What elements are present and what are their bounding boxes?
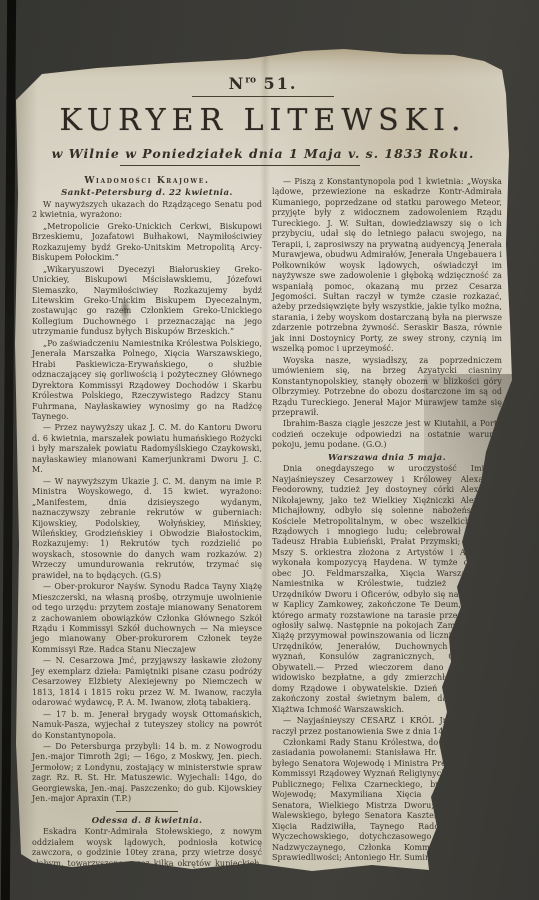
section-dateline: Sankt-Petersburg d. 22 kwietnia. [32, 188, 262, 198]
article-paragraph: Eskadra Kontr-Admirała Stołewskiego, z n… [32, 827, 262, 900]
issue-prefix: N [229, 74, 246, 93]
article-paragraph: — 17 b. m. Jenerał brygady woysk Ottomań… [32, 710, 262, 741]
article-paragraph: Członkami Rady Stanu Królestwa, do stałe… [272, 738, 502, 863]
article-columns: Wiadomości Krajowe.Sankt-Petersburg d. 2… [32, 176, 502, 900]
article-paragraph: — Piszą z Konstantynopola pod 1 kwietnia… [272, 177, 502, 355]
article-paragraph: „Metropolicie Greko-Unickich Cerkwi, Bis… [32, 222, 262, 264]
article-paragraph: — Ober-prokuror Nayśw. Synodu Radca Tayn… [32, 582, 262, 655]
article-paragraph: — Przez naywyższy ukaz J. C. M. do Kanto… [32, 423, 262, 475]
article-paragraph: Ibrahim-Basza ciągle jeszcze jest w Kiut… [272, 419, 502, 450]
article-paragraph: — Nayjaśnieyszy CESARZ i KRÓL Jmć mianow… [272, 716, 502, 737]
scan-edge-strip [1, 0, 16, 900]
article-paragraph: W naywyższych ukazach do Rządzącego Sena… [32, 200, 262, 221]
issue-number: Nro 51. [12, 74, 514, 93]
article-paragraph: Dnia onegdayszego w uroczystość Imienin … [272, 464, 502, 715]
masthead-rule-top [192, 96, 334, 97]
left-column: Wiadomości Krajowe.Sankt-Petersburg d. 2… [32, 176, 262, 900]
section-heading: Wiadomości Krajowe. [32, 176, 262, 186]
article-paragraph: Woyska nasze, wysiadłszy, za poprzednicz… [272, 356, 502, 419]
article-paragraph: „Wikaryuszowi Dyecezyi Białoruskiey Grek… [32, 265, 262, 338]
right-column: — Piszą z Konstantynopola pod 1 kwietnia… [272, 176, 502, 900]
issue-value: 51. [256, 74, 297, 93]
article-paragraph: — W naywyższym Ukazie J. C. M. danym na … [32, 477, 262, 582]
masthead-dateline: w Wilnie w Poniedziałek dnia 1 Maja v. s… [12, 146, 514, 161]
issue-superscript: ro [245, 76, 256, 86]
divider-rule [116, 811, 178, 812]
article-paragraph: — Do Petersburga przybyli: 14 b. m. z No… [32, 742, 262, 805]
page-content: Nro 51. KURYER LITEWSKI. w Wilnie w Poni… [12, 44, 514, 900]
article-paragraph: — N. Cesarzowa Jmć, przyjąwszy łaskawie … [32, 656, 262, 708]
section-dateline: Warszawa dnia 5 maja. [272, 453, 502, 463]
section-dateline: Odessa d. 8 kwietnia. [32, 816, 262, 826]
article-paragraph: „Po zaświadczeniu Namiestnika Królestwa … [32, 339, 262, 423]
newspaper-title: KURYER LITEWSKI. [12, 103, 514, 138]
masthead-rule-bottom [120, 165, 360, 166]
masthead: Nro 51. KURYER LITEWSKI. w Wilnie w Poni… [12, 44, 514, 166]
newspaper-page: Nro 51. KURYER LITEWSKI. w Wilnie w Poni… [12, 44, 514, 880]
